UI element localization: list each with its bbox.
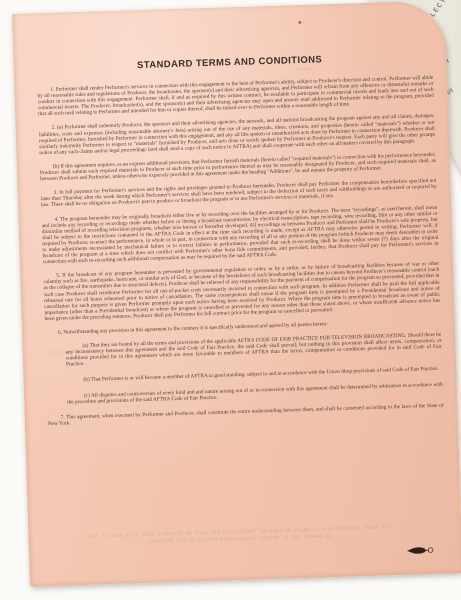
paragraph-1: 1. Performer shall render Performer's se…: [37, 75, 434, 118]
paragraph-2a: 2. (a) Performer shall indemnify Produce…: [39, 113, 436, 156]
paragraph-5: 5. If the broadcast of any program hereu…: [43, 261, 440, 322]
contract-page: STANDARD TERMS AND CONDITIONS 1. Perform…: [12, 0, 461, 586]
page-title: STANDARD TERMS AND CONDITIONS: [37, 51, 423, 74]
paragraph-6c: (c) All disputes and controversies of ev…: [67, 381, 443, 405]
bleedthrough-rider-clause: The rider consisting of 2 pages designat…: [70, 524, 406, 549]
paper-speck: [298, 21, 301, 24]
paragraph-7: 7. This agreement, when executed by Perf…: [48, 403, 444, 428]
paragraph-4: 4. The program hereunder may be original…: [41, 204, 438, 265]
paragraph-2b: (b) If this agreement requires, as an ex…: [40, 152, 436, 183]
printers-union-bug-icon: [405, 545, 435, 556]
bleedthrough-dated-label: Dated:: [297, 67, 315, 74]
paragraph-3: 3. In full payment for Performer's servi…: [41, 178, 437, 209]
paragraph-6b: (b) That Performer is or will become a m…: [66, 366, 442, 384]
paragraph-6a: (a) That they are bound by all the terms…: [65, 332, 442, 368]
